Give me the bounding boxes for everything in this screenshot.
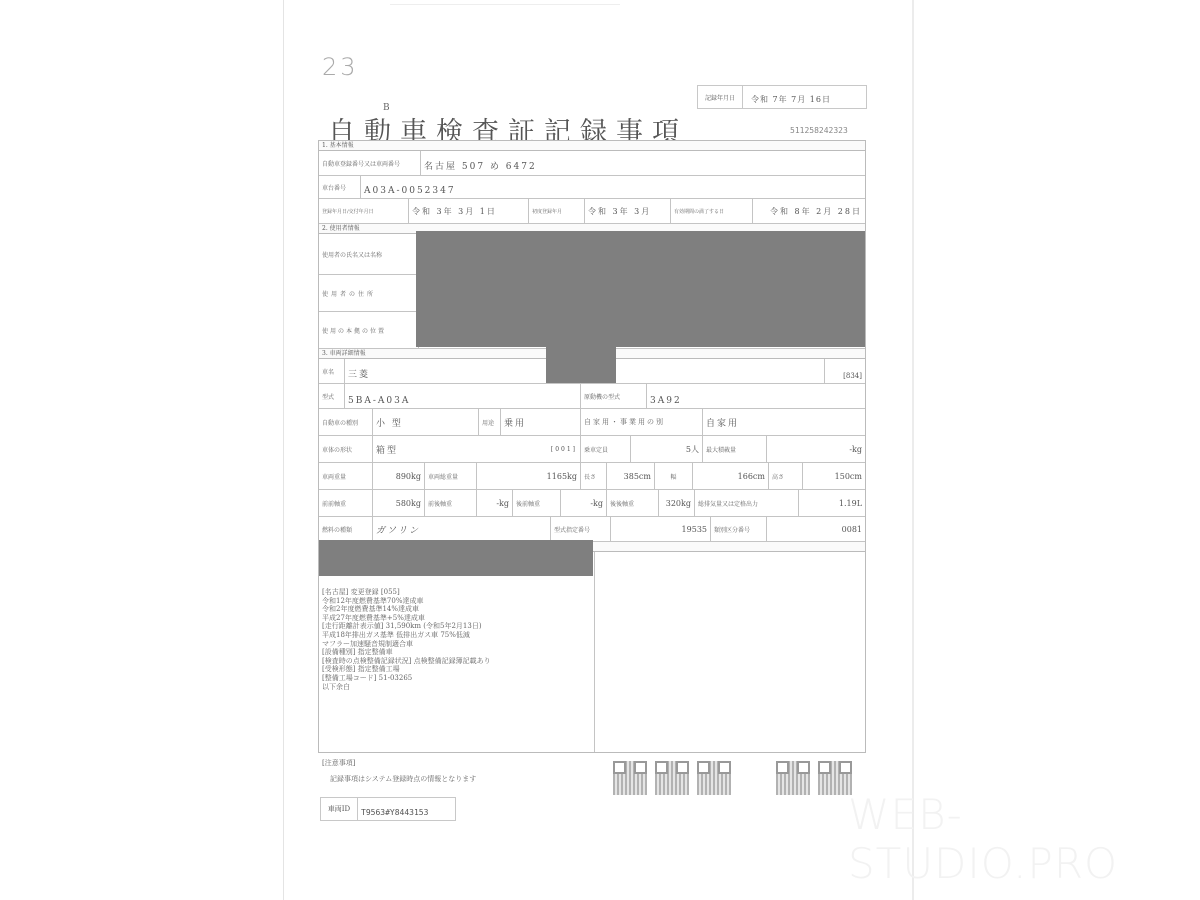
engine-label: 原動機の型式 <box>581 384 647 408</box>
first-reg-value: 令和 3年 3月 1日 <box>409 199 529 223</box>
model-label: 型式 <box>319 384 345 408</box>
issue-date-value: 令和 7年 7月 16日 <box>743 86 866 108</box>
type-no-label: 型式指定番号 <box>551 517 611 541</box>
user-address-label: 使用者の住所 <box>319 275 419 311</box>
length-label: 長さ <box>581 463 607 489</box>
row-fuel: 燃料の種類 ガソリン 型式指定番号 19535 類別区分番号 0081 <box>319 517 865 542</box>
fuel-label: 燃料の種類 <box>319 517 373 541</box>
weight-label: 車両重量 <box>319 463 373 489</box>
class-no-label: 類別区分番号 <box>711 517 767 541</box>
reg-no-label: 自動車登録番号又は車両番号 <box>319 151 421 175</box>
handwritten-number: 23 <box>322 53 359 81</box>
type-no-value: 19535 <box>611 517 711 541</box>
vehicle-id-box: 車両ID T9563#Y8443153 <box>320 797 456 821</box>
qr-code-icon <box>655 761 689 795</box>
notice-title: [注意事項] <box>322 758 355 768</box>
ff-label: 前前軸重 <box>319 490 373 516</box>
body-label: 車体の形状 <box>319 436 373 462</box>
page-edge-left <box>283 0 284 900</box>
row-type: 自動車の種別 小 型 用途 乗用 自家用・事業用の別 自家用 <box>319 409 865 436</box>
remarks-area: [名古屋] 変更登録 [055] 令和12年度燃費基準70%達成車 令和2年度燃… <box>319 552 865 752</box>
displacement-value: 1.19L <box>799 490 865 516</box>
body-code: [001] <box>551 446 577 453</box>
row-dates: 登録年月日/交付年月日 令和 3年 3月 1日 初度登録年月 令和 3年 3月 … <box>319 199 865 224</box>
first-reg-label: 登録年月日/交付年月日 <box>319 199 409 223</box>
engine-value: 3A92 <box>647 384 865 408</box>
issue-date-box: 記録年月日 令和 7年 7月 16日 <box>697 85 867 109</box>
row-chassis: 車台番号 A03A-0052347 <box>319 176 865 199</box>
capacity-label: 乗車定員 <box>581 436 631 462</box>
row-dimensions: 車両重量 890kg 車両総重量 1165kg 長さ 385cm 幅 166cm… <box>319 463 865 490</box>
document-number: 511258242323 <box>790 126 848 135</box>
watermark: WEB-STUDIO.PRO <box>848 790 1200 888</box>
use-value: 乗用 <box>501 409 581 435</box>
location-label: 使用の本拠の位置 <box>319 312 419 348</box>
redaction-user-info <box>416 231 865 347</box>
vehicle-id-label: 車両ID <box>321 798 358 820</box>
expiry-label: 有効期間の満了する日 <box>671 199 753 223</box>
width-label: 幅 <box>655 463 693 489</box>
qr-code-icon <box>776 761 810 795</box>
remarks-right <box>595 552 865 752</box>
maker-code: [834] <box>825 359 865 383</box>
rf-value: -kg <box>561 490 607 516</box>
first-year-label: 初度登録年月 <box>529 199 585 223</box>
notice-text: 記録事項はシステム登録時点の情報となります <box>330 774 476 784</box>
width-value: 166cm <box>693 463 769 489</box>
section-basic: 1. 基本情報 <box>319 141 865 151</box>
remarks-left: [名古屋] 変更登録 [055] 令和12年度燃費基準70%達成車 令和2年度燃… <box>319 552 595 752</box>
rf-label: 後前軸重 <box>513 490 561 516</box>
row-reg-no: 自動車登録番号又は車両番号 名古屋 507 め 6472 <box>319 151 865 176</box>
model-value: 5BA-A03A <box>345 384 581 408</box>
row-axle: 前前軸重 580kg 前後軸重 -kg 後前軸重 -kg 後後軸重 320kg … <box>319 490 865 517</box>
fr-value: -kg <box>477 490 513 516</box>
body-shape: 箱型 <box>376 443 398 456</box>
height-value: 150cm <box>803 463 865 489</box>
type-label: 自動車の種別 <box>319 409 373 435</box>
weight-value: 890kg <box>373 463 425 489</box>
fr-label: 前後軸重 <box>425 490 477 516</box>
rr-label: 後後軸重 <box>607 490 659 516</box>
max-load-label: 最大積載量 <box>703 436 767 462</box>
top-scrap <box>390 0 620 5</box>
max-load-value: -kg <box>767 436 865 462</box>
class-no-value: 0081 <box>767 517 865 541</box>
private-value: 自家用 <box>703 409 865 435</box>
fuel-value: ガソリン <box>373 517 551 541</box>
maker-label: 車名 <box>319 359 345 383</box>
rr-value: 320kg <box>659 490 695 516</box>
gross-label: 車両総重量 <box>425 463 477 489</box>
length-value: 385cm <box>607 463 655 489</box>
user-name-label: 使用者の氏名又は名称 <box>319 234 419 274</box>
page-edge-right <box>912 0 914 900</box>
gross-value: 1165kg <box>477 463 581 489</box>
reg-no-value: 名古屋 507 め 6472 <box>421 151 865 175</box>
row-body: 車体の形状 箱型 [001] 乗車定員 5人 最大積載量 -kg <box>319 436 865 463</box>
first-year-value: 令和 3年 3月 <box>585 199 671 223</box>
chassis-value: A03A-0052347 <box>361 176 865 198</box>
height-label: 高さ <box>769 463 803 489</box>
chassis-label: 車台番号 <box>319 176 361 198</box>
row-model: 型式 5BA-A03A 原動機の型式 3A92 <box>319 384 865 409</box>
expiry-value: 令和 8年 2月 28日 <box>753 199 865 223</box>
qr-code-icon <box>818 761 852 795</box>
type-value: 小 型 <box>373 409 479 435</box>
redaction-remarks <box>319 540 593 576</box>
vehicle-id-value: T9563#Y8443153 <box>358 798 455 820</box>
displacement-label: 総排気量又は定格出力 <box>695 490 799 516</box>
qr-code-icon <box>697 761 731 795</box>
issue-date-label: 記録年月日 <box>698 86 743 108</box>
qr-code-icon <box>613 761 647 795</box>
remarks-text: [名古屋] 変更登録 [055] 令和12年度燃費基準70%達成車 令和2年度燃… <box>322 588 491 691</box>
body-value: 箱型 [001] <box>373 436 581 462</box>
private-label: 自家用・事業用の別 <box>581 409 703 435</box>
ff-value: 580kg <box>373 490 425 516</box>
redaction-tab <box>546 346 616 383</box>
capacity-value: 5人 <box>631 436 703 462</box>
use-label: 用途 <box>479 409 501 435</box>
